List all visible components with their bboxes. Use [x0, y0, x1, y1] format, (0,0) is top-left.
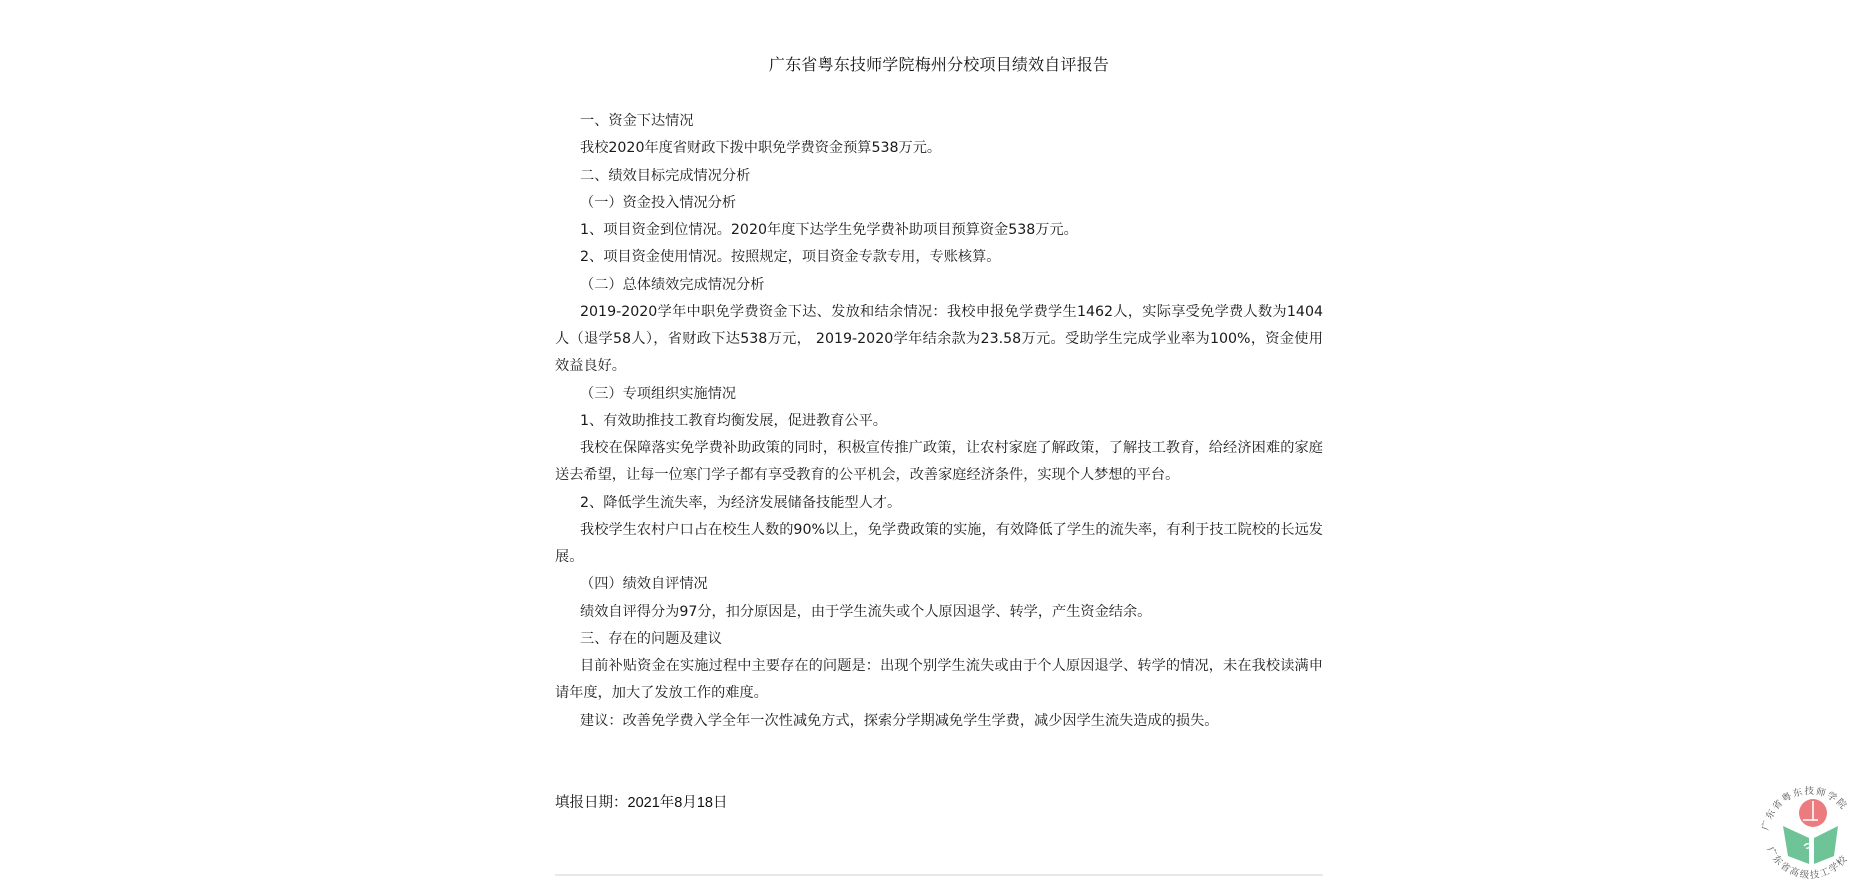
paragraph: 我校在保障落实免学费补助政策的同时，积极宣传推广政策，让农村家庭了解政策，了解技… [555, 435, 1323, 490]
document-body: 一、资金下达情况 我校2020年度省财政下拨中职免学费资金预算538万元。 二、… [555, 108, 1323, 735]
paragraph: 2、项目资金使用情况。按照规定，项目资金专款专用，专账核算。 [555, 244, 1323, 271]
school-logo: 广东省粤东技师学院 广东省高级技工学校 [1758, 780, 1862, 886]
section-heading-funding: 一、资金下达情况 [555, 108, 1323, 135]
divider [555, 874, 1323, 876]
school-emblem-icon: 广东省粤东技师学院 广东省高级技工学校 [1758, 780, 1862, 886]
paragraph: 我校2020年度省财政下拨中职免学费资金预算538万元。 [555, 135, 1323, 162]
paragraph: 目前补贴资金在实施过程中主要存在的问题是：出现个别学生流失或由于个人原因退学、转… [555, 653, 1323, 708]
subsection-heading: （三）专项组织实施情况 [555, 381, 1323, 408]
section-heading-issues: 三、存在的问题及建议 [555, 626, 1323, 653]
paragraph: 绩效自评得分为97分，扣分原因是，由于学生流失或个人原因退学、转学，产生资金结余… [555, 599, 1323, 626]
paragraph: 我校学生农村户口占在校生人数的90%以上，免学费政策的实施，有效降低了学生的流失… [555, 517, 1323, 572]
paragraph: 2、降低学生流失率，为经济发展储备技能型人才。 [555, 490, 1323, 517]
subsection-heading: （四）绩效自评情况 [555, 571, 1323, 598]
paragraph: 1、有效助推技工教育均衡发展，促进教育公平。 [555, 408, 1323, 435]
paragraph: 1、项目资金到位情况。2020年度下达学生免学费补助项目预算资金538万元。 [555, 217, 1323, 244]
section-heading-performance: 二、绩效目标完成情况分析 [555, 163, 1323, 190]
document-title: 广东省粤东技师学院梅州分校项目绩效自评报告 [555, 53, 1323, 77]
paragraph: 建议：改善免学费入学全年一次性减免方式，探索分学期减免学生学费，减少因学生流失造… [555, 708, 1323, 735]
subsection-heading: （一）资金投入情况分析 [555, 190, 1323, 217]
paragraph: 2019-2020学年中职免学费资金下达、发放和结余情况：我校申报免学费学生14… [555, 299, 1323, 381]
report-date: 填报日期：2021年8月18日 [555, 793, 727, 813]
subsection-heading: （二）总体绩效完成情况分析 [555, 272, 1323, 299]
